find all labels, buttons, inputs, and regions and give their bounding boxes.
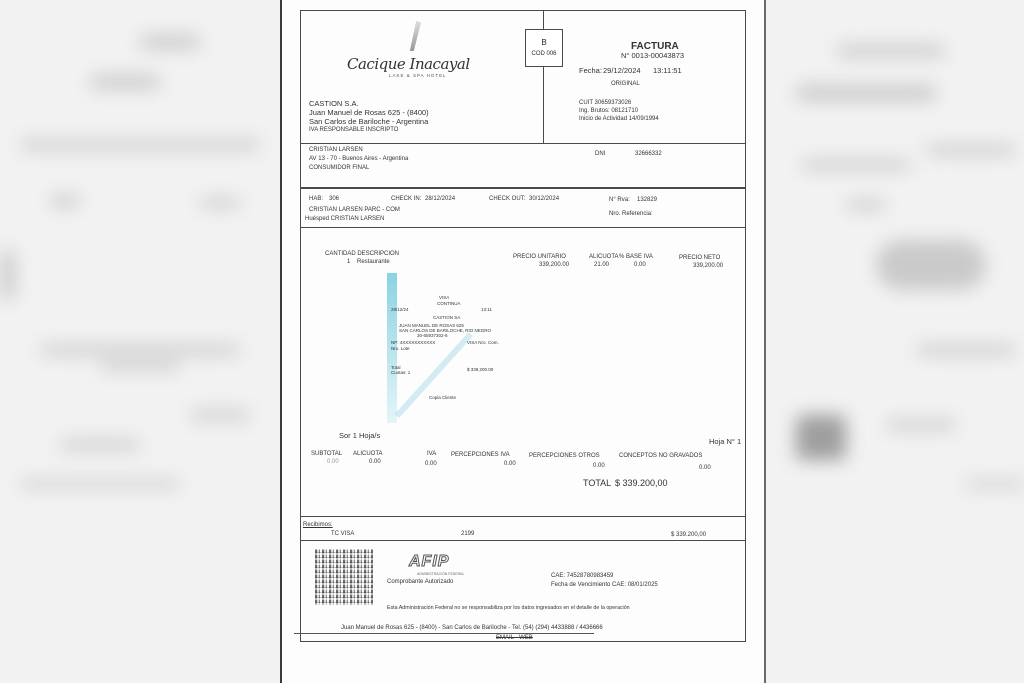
issuer-address-line1: Juan Manuel de Rosas 625 - (8400) (309, 108, 429, 117)
reference-label: Nro. Referencia: (609, 211, 653, 218)
checkin-date: 28/12/2024 (425, 196, 455, 203)
voucher-line: CONTINUA (437, 301, 461, 306)
authorized-label: Comprobante Autorizado (387, 579, 453, 586)
voucher-line: Cuotas: 1 (391, 370, 410, 375)
qr-code-icon (315, 549, 373, 605)
divider (301, 540, 745, 541)
voucher-line: Total (391, 365, 401, 370)
voucher-line: NP: 4XXXXXXXXXXX (391, 340, 435, 345)
hotel-logo-icon (405, 21, 421, 51)
payment-method: TC VISA (331, 531, 354, 538)
item-description: Restaurante (357, 259, 390, 266)
item-net-price: 339,200.00 (693, 263, 723, 270)
checkout-date: 30/12/2024 (529, 196, 559, 203)
document-type-box: B COD 006 (525, 29, 563, 67)
totals-perc-iva: 0.00 (504, 461, 516, 468)
guest-name: Huésped CRISTIAN LARSEN (305, 216, 384, 223)
divider (301, 227, 745, 228)
issuer-address-line2: San Carlos de Bariloche - Argentina (309, 117, 428, 126)
customer-dni-label: DNI (595, 151, 605, 158)
totals-aliquot: 0.00 (369, 459, 381, 466)
card-payment-voucher: VISA CONTINUA 29/12/24 13:11 CASTION SA … (377, 273, 507, 423)
cae-expiry: Fecha de Vencimiento CAE: 08/01/2025 (551, 582, 658, 589)
afip-disclaimer: Esta Administración Federal no se respon… (387, 605, 630, 612)
blurred-background-right (766, 0, 1024, 683)
reservation-label: N° Rva: (609, 197, 630, 204)
total-label: TOTAL (583, 478, 611, 488)
totals-header-perc-iva: PERCEPCIONES IVA (451, 452, 510, 459)
invoice-activity-start: Inicio de Actividad 14/09/1994 (579, 116, 659, 123)
payment-amount: $ 339.200,00 (671, 532, 706, 539)
totals-header-perc-otros: PERCEPCIONES OTROS (529, 453, 600, 460)
item-base-iva: 0.00 (634, 262, 646, 269)
voucher-line: 30-65937302-6 (417, 333, 448, 338)
voucher-line: VISA (439, 295, 449, 300)
totals-header-aliquot: ALICUOTA (353, 451, 383, 458)
checkin-label: CHECK IN: (391, 196, 421, 203)
totals-perc-otros: 0.00 (593, 463, 605, 470)
footer-contact: EMAIL - WEB (496, 635, 533, 642)
totals-iva: 0.00 (425, 461, 437, 468)
invoice-number: N° 0013-00043873 (621, 51, 684, 60)
hotel-brand-name: Cacique Inacayal (347, 55, 470, 73)
voucher-line: 13:11 (481, 307, 492, 312)
afip-logo-icon: AFIP (409, 553, 449, 571)
invoice-date: 29/12/2024 (603, 66, 641, 75)
totals-no-gravados: 0.00 (699, 465, 711, 472)
total-amount: $ 339.200,00 (615, 478, 668, 488)
items-header-qty-desc: CANTIDAD DESCRIPCION (325, 251, 399, 258)
customer-dni: 32666332 (635, 151, 662, 158)
issuer-tax-condition: IVA RESPONSABLE INSCRIPTO (309, 127, 398, 134)
customer-name: CRISTIAN LARSEN (309, 147, 363, 154)
invoice-frame: Cacique Inacayal LAKE & SPA HOTEL CASTIO… (300, 10, 746, 642)
voucher-line: CASTION SA (433, 315, 460, 320)
room-label: HAB: (309, 196, 323, 203)
invoice-time: 13:11:51 (653, 66, 682, 75)
invoice-page: Cacique Inacayal LAKE & SPA HOTEL CASTIO… (280, 0, 766, 683)
reservation-number: 132829 (637, 197, 657, 204)
totals-header-subtotal: SUBTOTAL (311, 451, 342, 458)
afip-logo-subtitle: ADMINISTRACIÓN FEDERAL (417, 572, 464, 576)
cae-number: CAE: 74528780983459 (551, 573, 613, 580)
items-header-net-price: PRECIO NETO (679, 255, 720, 262)
issuer-company: CASTION S.A. (309, 99, 359, 108)
voucher-line: $ 339,200.00 (467, 367, 493, 372)
customer-address: AV 13 - 70 - Buenos Aires - Argentina (309, 156, 408, 163)
divider (301, 187, 745, 189)
sheet-number: Hoja N° 1 (709, 437, 741, 446)
items-header-aliquot: ALICUOTA (589, 254, 619, 261)
item-unit-price: 339,200.00 (539, 262, 569, 269)
voucher-line: VISA Nro. Com. (467, 340, 499, 345)
totals-header-no-gravados: CONCEPTOS NO GRAVADOS (619, 453, 702, 460)
divider (301, 143, 745, 144)
invoice-copy-label: ORIGINAL (611, 81, 640, 88)
invoice-cuit: CUIT 30659373026 (579, 100, 631, 107)
items-header-unit-price: PRECIO UNITARIO (513, 254, 566, 261)
totals-subtotal: 0.00 (327, 459, 339, 466)
divider (301, 516, 745, 517)
sheet-count: Sor 1 Hoja/s (339, 431, 380, 440)
item-aliquot: 21.00 (594, 262, 609, 269)
voucher-line: Nro. Lote (391, 346, 410, 351)
customer-tax-condition: CONSUMIDOR FINAL (309, 165, 369, 172)
blurred-background-left (0, 0, 280, 683)
document-code: COD 006 (526, 51, 562, 57)
voucher-line: Copia Cliente (429, 395, 456, 400)
items-header-base-iva: % BASE IVA (619, 254, 653, 261)
document-letter: B (526, 38, 562, 47)
item-qty: 1 (347, 259, 350, 266)
received-label: Recibimos: (303, 522, 333, 529)
checkout-label: CHECK OUT: (489, 196, 525, 203)
invoice-iibb: Ing. Brutos: 08121710 (579, 108, 638, 115)
room-number: 306 (329, 196, 339, 203)
payment-ref: 2199 (461, 531, 474, 538)
totals-header-iva: IVA (427, 451, 436, 458)
invoice-date-label: Fecha: (579, 66, 602, 75)
voucher-line: 29/12/24 (391, 307, 409, 312)
footer-address: Juan Manuel de Rosas 625 - (8400) - San … (341, 625, 603, 632)
account-name: CRISTIAN LARSEN PARC - COM (309, 207, 400, 214)
hotel-brand-subtitle: LAKE & SPA HOTEL (389, 73, 447, 78)
footer-divider (294, 633, 594, 634)
